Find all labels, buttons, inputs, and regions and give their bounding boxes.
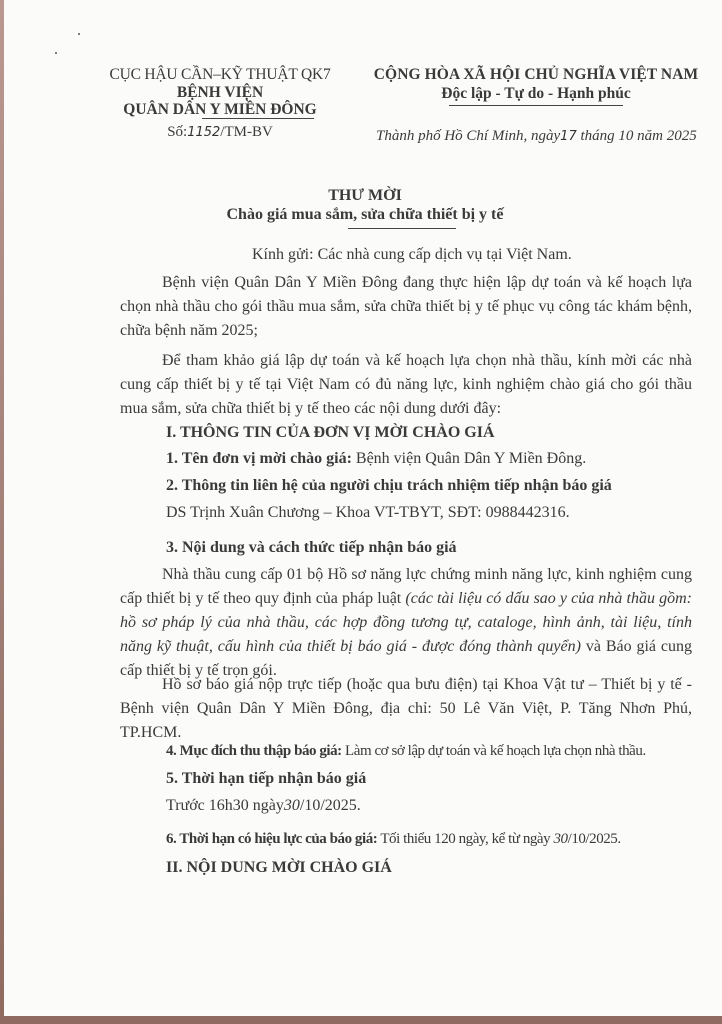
org-name-line1: BỆNH VIỆN: [100, 84, 340, 101]
scan-speck: [78, 33, 80, 35]
document-number: Số:1152/TM-BV: [100, 122, 340, 143]
document-subtitle: Chào giá mua sắm, sửa chữa thiết bị y tế: [4, 206, 722, 224]
item-1: 1. Tên đơn vị mời chào giá: Bệnh viện Qu…: [166, 450, 586, 468]
national-motto: Độc lập - Tự do - Hạnh phúc: [370, 84, 702, 103]
item-3-heading: 3. Nội dung và cách thức tiếp nhận báo g…: [166, 539, 457, 557]
org-name-line2: QUÂN DÂN Y MIỀN ĐÔNG: [100, 101, 340, 118]
item-5-value: Trước 16h30 ngày30/10/2025.: [166, 797, 361, 815]
item-1-value: Bệnh viện Quân Dân Y Miền Đông.: [352, 450, 586, 467]
item-1-label: 1. Tên đơn vị mời chào giá:: [166, 450, 352, 467]
intro-paragraph-1: Bệnh viện Quân Dân Y Miền Đông đang thực…: [120, 271, 692, 343]
item-6-suffix: /10/2025.: [568, 831, 621, 847]
item-6-date-handwritten: 30: [554, 831, 568, 847]
doc-number-label: Số:: [167, 124, 187, 140]
org-name-underline: [202, 118, 314, 119]
item-2-heading: 2. Thông tin liên hệ của người chịu trác…: [166, 477, 612, 495]
document-page: CỤC HẬU CẦN–KỸ THUẬT QK7 BỆNH VIỆN QUÂN …: [4, 0, 722, 1016]
national-header-block: CỘNG HÒA XÃ HỘI CHỦ NGHĨA VIỆT NAM Độc l…: [370, 65, 702, 106]
item-5-date-handwritten: 30: [284, 797, 300, 814]
agency-name: CỤC HẬU CẦN–KỸ THUẬT QK7: [100, 65, 340, 84]
item-6-prefix: Tối thiểu 120 ngày, kể từ ngày: [377, 831, 553, 847]
date-prefix: Thành phố Hồ Chí Minh, ngày: [376, 128, 560, 144]
section-2-heading: II. NỘI DUNG MỜI CHÀO GIÁ: [166, 859, 392, 877]
date-suffix: tháng 10 năm 2025: [577, 128, 697, 144]
greeting: Kính gửi: Các nhà cung cấp dịch vụ tại V…: [252, 246, 572, 264]
motto-underline: [449, 105, 623, 106]
doc-number-handwritten: 1152: [187, 125, 220, 140]
item-5-prefix: Trước 16h30 ngày: [166, 797, 284, 814]
item-3-paragraph-1: Nhà thầu cung cấp 01 bộ Hồ sơ năng lực c…: [120, 563, 692, 683]
section-1-heading: I. THÔNG TIN CỦA ĐƠN VỊ MỜI CHÀO GIÁ: [166, 424, 495, 442]
document-date: Thành phố Hồ Chí Minh, ngày17 tháng 10 n…: [376, 128, 706, 145]
item-4-value: Làm cơ sở lập dự toán và kế hoạch lựa ch…: [342, 743, 646, 759]
item-2-value: DS Trịnh Xuân Chương – Khoa VT-TBYT, SĐT…: [166, 504, 570, 522]
date-day-handwritten: 17: [560, 129, 577, 144]
item-4: 4. Mục đích thu thập báo giá: Làm cơ sở …: [166, 743, 646, 760]
item-6-label: 6. Thời hạn có hiệu lực của báo giá:: [166, 831, 377, 847]
scan-speck: [55, 52, 57, 54]
document-title: THƯ MỜI: [4, 187, 722, 205]
nation-name: CỘNG HÒA XÃ HỘI CHỦ NGHĨA VIỆT NAM: [370, 65, 702, 84]
item-6: 6. Thời hạn có hiệu lực của báo giá: Tối…: [166, 831, 621, 848]
item-3-paragraph-2: Hồ sơ báo giá nộp trực tiếp (hoặc qua bư…: [120, 673, 692, 745]
item-4-label: 4. Mục đích thu thập báo giá:: [166, 743, 342, 759]
item-5-heading: 5. Thời hạn tiếp nhận báo giá: [166, 770, 366, 788]
item-5-suffix: /10/2025.: [300, 797, 361, 814]
doc-number-suffix: /TM-BV: [220, 124, 273, 140]
intro-paragraph-2: Để tham khảo giá lập dự toán và kế hoạch…: [120, 349, 692, 421]
issuing-authority-block: CỤC HẬU CẦN–KỸ THUẬT QK7 BỆNH VIỆN QUÂN …: [100, 65, 340, 143]
subtitle-underline: [348, 228, 456, 229]
